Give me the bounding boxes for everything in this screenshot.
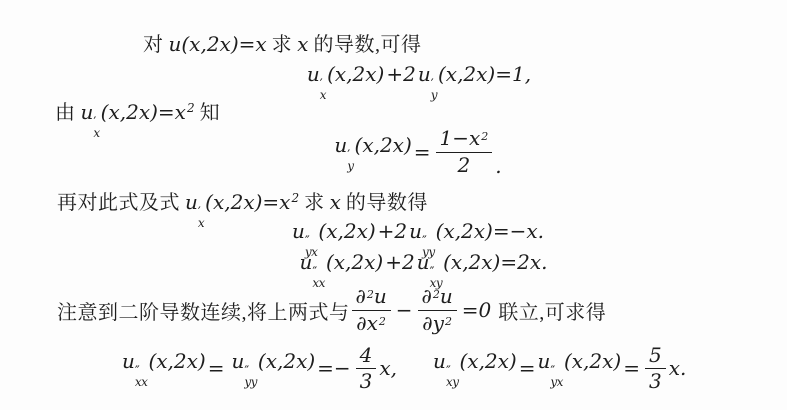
- function-symbol: u: [81, 100, 94, 124]
- function-symbol: u: [433, 349, 446, 373]
- arguments: (x,2x): [258, 349, 315, 373]
- arguments: (x,2x): [436, 219, 493, 243]
- subscript: x: [320, 90, 326, 101]
- equals-rhs: =−x.: [493, 219, 544, 243]
- function-symbol: u: [334, 133, 347, 157]
- textbook-page: 对u(x,2x)=x求x的导数,可得 u′x(x,2x)+2u′y(x,2x)=…: [0, 0, 787, 410]
- function-symbol: u: [185, 190, 198, 214]
- denominator: 2: [454, 153, 475, 177]
- prime-subscript-stack: ″xy: [446, 367, 459, 388]
- variable: x,: [379, 356, 397, 380]
- prime-subscript-stack: ″yy: [244, 367, 257, 388]
- derivative-term: u′x(x,2x): [307, 62, 384, 101]
- function-symbol: u: [538, 349, 551, 373]
- subscript: yx: [550, 377, 563, 388]
- subscript: xx: [135, 377, 148, 388]
- derivative-term: u′y(x,2x): [334, 133, 411, 172]
- operator: +2: [385, 250, 414, 274]
- numerator: 1−x2: [436, 127, 493, 153]
- arguments: (x,2x): [101, 100, 158, 124]
- operator: +2: [378, 219, 407, 243]
- subscript: yy: [244, 377, 257, 388]
- equals-rhs: =2x.: [500, 250, 547, 274]
- numerator: ∂2u: [352, 285, 391, 311]
- fraction: 53: [645, 344, 666, 393]
- minus-sign: −: [396, 298, 413, 322]
- paragraph-4: 注意到二阶导数连续,将上两式与∂2u∂x2−∂2u∂y2=0联立,可求得: [57, 284, 606, 336]
- denominator: ∂x2: [352, 311, 390, 336]
- function-symbol: u: [122, 349, 135, 373]
- partial-fraction: ∂2u∂y2: [418, 285, 457, 336]
- function-symbol: u: [231, 349, 244, 373]
- arguments: (x,2x): [438, 62, 495, 86]
- prime-subscript-stack: ′y: [431, 80, 437, 101]
- arguments: (x,2x): [459, 349, 516, 373]
- denominator: 3: [356, 369, 377, 393]
- prime-subscript-stack: ″yx: [550, 367, 563, 388]
- equals-rhs: =x: [262, 190, 290, 214]
- equals-sign: =: [208, 356, 225, 380]
- text-run: 对: [143, 34, 164, 56]
- derivative-term: u″yy(x,2x): [231, 349, 315, 388]
- derivative-term: u″yx(x,2x): [538, 349, 622, 388]
- operator: +2: [386, 62, 415, 86]
- text-run: 由: [55, 102, 76, 124]
- math-run: x: [330, 190, 341, 214]
- partial-symbol: ∂: [356, 284, 366, 308]
- numerator: 4: [356, 344, 377, 369]
- text-run: 再对此式及式: [57, 192, 180, 214]
- equals-sign: =: [623, 356, 640, 380]
- arguments: (x,2x): [327, 62, 384, 86]
- text-run: 注意到二阶导数连续,将上两式与: [57, 296, 350, 325]
- math-run: u(x,2x)=x: [169, 32, 267, 56]
- text-run: 的导数得: [346, 192, 428, 214]
- equals-rhs: =1,: [495, 62, 531, 86]
- text-run: 求: [304, 192, 325, 214]
- partial-fraction: ∂2u∂x2: [352, 285, 391, 336]
- function-symbol: u: [292, 219, 305, 243]
- function-symbol: u: [300, 250, 313, 274]
- equals-rhs: =0: [462, 298, 491, 322]
- denominator: ∂y2: [418, 311, 456, 336]
- function-symbol: u: [440, 284, 453, 308]
- variable: x.: [669, 356, 687, 380]
- derivative-term: u″xy(x,2x): [433, 349, 517, 388]
- arguments: (x,2x): [564, 349, 621, 373]
- fraction: 1−x22: [436, 127, 493, 177]
- function-symbol: u: [409, 219, 422, 243]
- exponent: 2: [433, 288, 440, 301]
- partial-symbol: ∂: [422, 284, 432, 308]
- arguments: (x,2x): [205, 190, 262, 214]
- text-run: 联立,可求得: [498, 296, 606, 325]
- derivative-term: u′y(x,2x): [418, 62, 495, 101]
- subscript: xy: [446, 377, 459, 388]
- exponent: 2: [379, 315, 386, 328]
- derivative-term: u″xx(x,2x): [122, 349, 206, 388]
- exponent: 2: [291, 191, 299, 205]
- arguments: (x,2x): [443, 250, 500, 274]
- arguments: (x,2x): [326, 250, 383, 274]
- equation-2: u′y(x,2x)=1−x22.: [0, 126, 787, 178]
- exponent: 2: [367, 288, 374, 301]
- function-symbol: u: [418, 62, 431, 86]
- denominator: 3: [645, 369, 666, 393]
- numerator: ∂2u: [418, 285, 457, 311]
- function-symbol: u: [417, 250, 430, 274]
- numerator: 5: [645, 344, 666, 369]
- exponent: 2: [445, 315, 452, 328]
- prime-subscript-stack: ′y: [347, 151, 353, 172]
- equation-5: u″xx(x,2x)=u″yy(x,2x)=−43x,u″xy(x,2x)=u″…: [122, 340, 686, 396]
- subscript: y: [347, 161, 353, 172]
- fraction: 43: [356, 344, 377, 393]
- math-run: x: [297, 32, 308, 56]
- subscript: y: [431, 90, 437, 101]
- equals-sign: =: [414, 140, 431, 164]
- exponent: 2: [481, 130, 488, 143]
- period: .: [495, 154, 501, 178]
- text-run: 求: [272, 34, 293, 56]
- equals-sign: =: [519, 356, 536, 380]
- function-symbol: u: [307, 62, 320, 86]
- arguments: (x,2x): [318, 219, 375, 243]
- text-run: 的导数,可得: [313, 34, 421, 56]
- function-symbol: u: [374, 284, 387, 308]
- exponent: 2: [187, 101, 195, 115]
- equals-minus: =−: [317, 356, 351, 380]
- arguments: (x,2x): [355, 133, 412, 157]
- equals-rhs: =x: [158, 100, 186, 124]
- prime-subscript-stack: ″xx: [135, 367, 148, 388]
- text-run: 知: [200, 102, 221, 124]
- prime-subscript-stack: ′x: [320, 80, 326, 101]
- arguments: (x,2x): [148, 349, 205, 373]
- paragraph-1: 对u(x,2x)=x求x的导数,可得: [143, 28, 421, 57]
